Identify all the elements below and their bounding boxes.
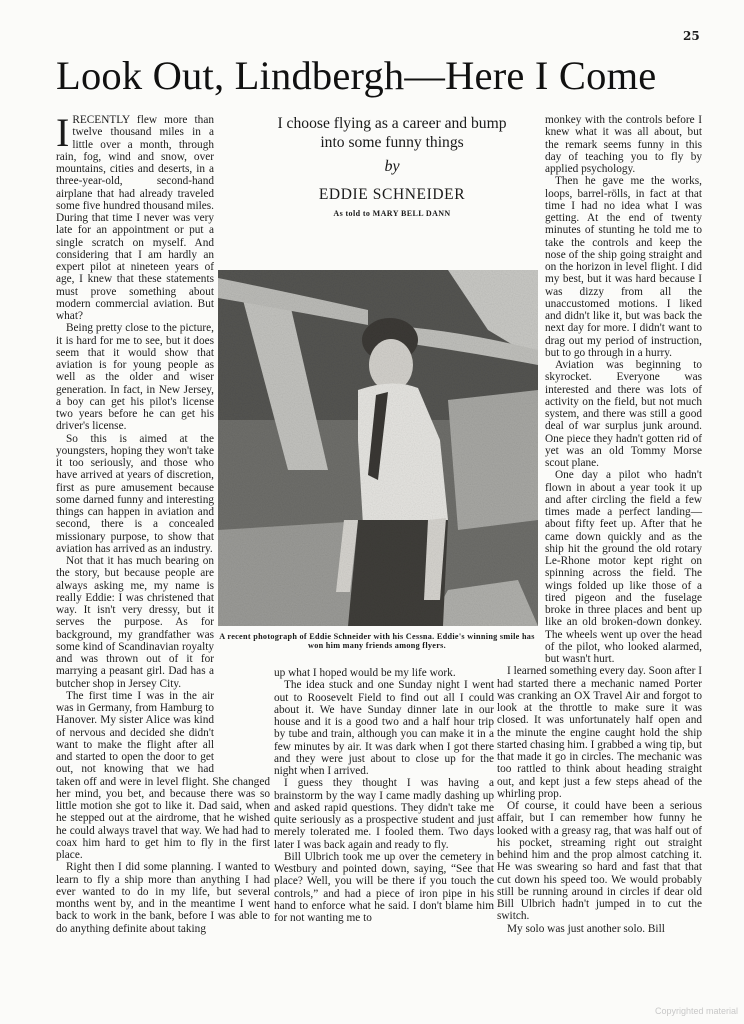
- photo-eddie-schneider: [218, 270, 538, 626]
- right-column: monkey with the controls before I knew w…: [497, 114, 702, 935]
- drop-cap: I: [56, 116, 69, 150]
- paragraph: I learned something every day. Soon afte…: [497, 665, 702, 800]
- page-number: 25: [683, 29, 700, 43]
- paragraph: The idea stuck and one Sunday night I we…: [274, 679, 494, 777]
- byline-author: EDDIE SCHNEIDER: [276, 186, 508, 204]
- copyright-watermark: Copyrighted material: [655, 1006, 738, 1016]
- paragraph: up what I hoped would be my life work.: [274, 667, 494, 679]
- article-subtitle: I choose flying as a career and bump int…: [276, 114, 508, 152]
- paragraph: My solo was just another solo. Bill: [497, 923, 702, 935]
- byline-as-told-to: As told to MARY BELL DANN: [276, 209, 508, 218]
- photo-float-spacer: [497, 262, 545, 657]
- byline-by: by: [276, 158, 508, 176]
- middle-column: up what I hoped would be my life work. T…: [274, 667, 494, 924]
- paragraph: I guess they thought I was having a brai…: [274, 777, 494, 851]
- paragraph: Of course, it could have been a serious …: [497, 800, 702, 923]
- paragraph: Right then I did some planning. I wanted…: [56, 861, 270, 935]
- photo-image: [218, 270, 538, 626]
- paragraph: monkey with the controls before I knew w…: [497, 114, 702, 175]
- photo-caption: A recent photograph of Eddie Schneider w…: [214, 632, 540, 650]
- article-title: Look Out, Lindbergh—Here I Come: [56, 50, 716, 102]
- paragraph: Bill Ulbrich took me up over the cemeter…: [274, 851, 494, 925]
